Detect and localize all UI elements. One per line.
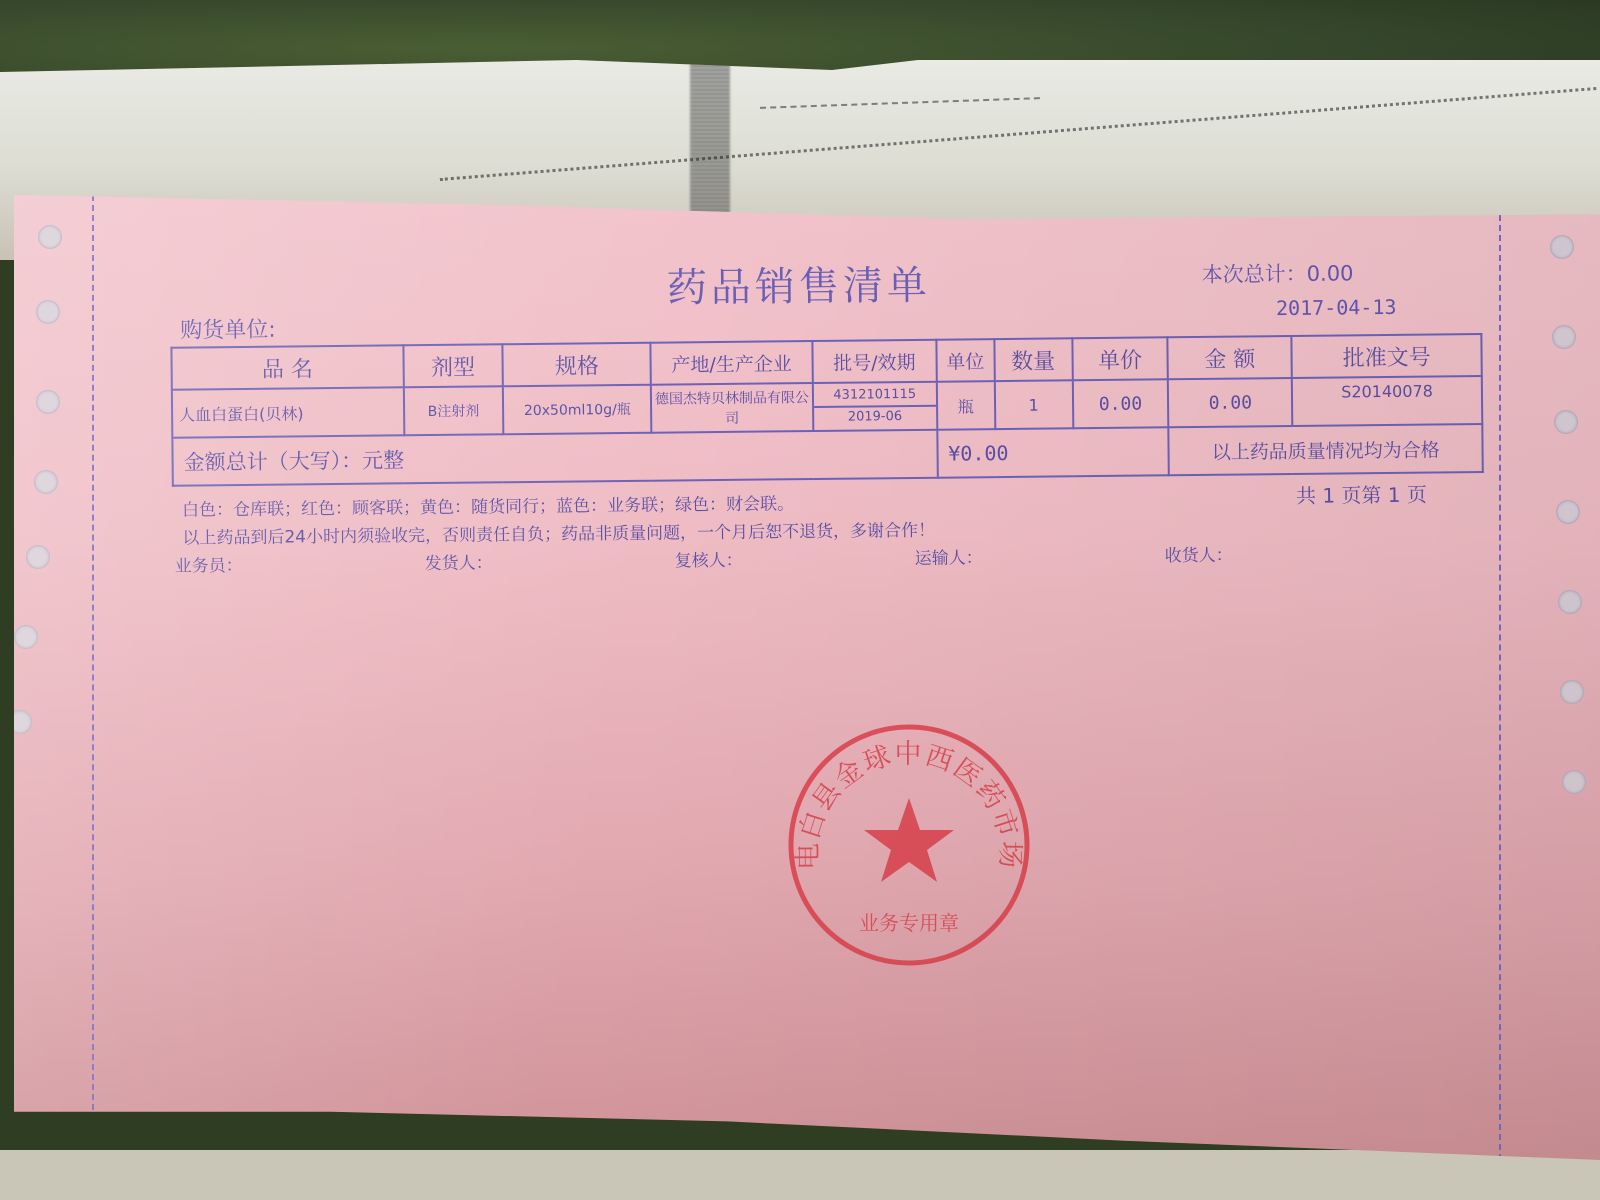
- sales-receipt-paper: 药品销售清单 本次总计：0.00 2017-04-13 购货单位: 品 名 剂型…: [14, 195, 1600, 1160]
- cell-approval-no: S20140078: [1292, 376, 1482, 426]
- dot-matrix-line: [760, 97, 1040, 111]
- terms-note: 以上药品到后24小时内须验收完，否则责任自负；药品非质量问题，一个月后恕不退货，…: [182, 516, 935, 549]
- background-sheet-bottom: [0, 1150, 1600, 1200]
- signature-transporter: 运输人：: [915, 543, 983, 569]
- total-summary: 本次总计：0.00: [1202, 257, 1354, 289]
- star-icon: [864, 798, 954, 882]
- page-info: 共 1 页第 1 页: [1296, 479, 1427, 509]
- cell-manufacturer: 德国杰特贝林制品有限公司: [651, 383, 813, 433]
- signature-reviewer: 复核人：: [675, 546, 743, 572]
- cell-quantity: 1: [994, 380, 1072, 429]
- quality-note: 以上药品质量情况均为合格: [1169, 424, 1483, 475]
- header-quantity: 数量: [994, 338, 1072, 381]
- total-amount: ¥0.00: [937, 427, 1169, 477]
- buyer-label: 购货单位:: [180, 313, 276, 345]
- batch-number: 4312101115: [814, 385, 936, 408]
- document-title: 药品销售清单: [666, 254, 931, 314]
- expiry-date: 2019-06: [814, 407, 936, 428]
- header-approval-no: 批准文号: [1292, 334, 1482, 378]
- header-unit: 单位: [936, 339, 994, 382]
- cell-unit-price: 0.00: [1072, 379, 1168, 428]
- copies-note: 白色：仓库联；红色：顾客联；黄色：随货同行；蓝色：业务联；绿色：财会联。: [182, 489, 794, 520]
- goods-table: 品 名 剂型 规格 产地/生产企业 批号/效期 单位 数量 单价 金 额 批准文…: [170, 333, 1483, 487]
- company-seal: 电白县金球中西医药市场 业务专用章: [784, 720, 1034, 970]
- total-in-words: 金额总计（大写）：元整: [172, 430, 937, 486]
- cell-batch-expiry: 4312101115 2019-06: [813, 382, 937, 431]
- signature-salesperson: 业务员：: [175, 551, 243, 577]
- stamp-inner-text: 业务专用章: [859, 911, 959, 935]
- header-dosage-form: 剂型: [403, 344, 503, 387]
- header-name: 品 名: [171, 345, 403, 389]
- receipt-content: 药品销售清单 本次总计：0.00 2017-04-13 购货单位: 品 名 剂型…: [11, 187, 1600, 1169]
- header-amount: 金 额: [1168, 336, 1292, 379]
- signature-shipper: 发货人：: [425, 548, 493, 574]
- cell-name: 人血白蛋白(贝林): [172, 387, 404, 437]
- cell-spec: 20x50ml10g/瓶: [503, 385, 651, 435]
- header-manufacturer: 产地/生产企业: [651, 341, 813, 385]
- cell-unit: 瓶: [937, 381, 995, 430]
- header-unit-price: 单价: [1072, 337, 1168, 380]
- cell-amount: 0.00: [1168, 378, 1292, 427]
- printer-smudge: [690, 60, 730, 235]
- document-date: 2017-04-13: [1276, 295, 1397, 320]
- header-spec: 规格: [503, 343, 651, 387]
- header-batch-expiry: 批号/效期: [812, 340, 936, 383]
- cell-dosage-form: B注射剂: [403, 386, 503, 435]
- signature-receiver: 收货人：: [1165, 541, 1233, 567]
